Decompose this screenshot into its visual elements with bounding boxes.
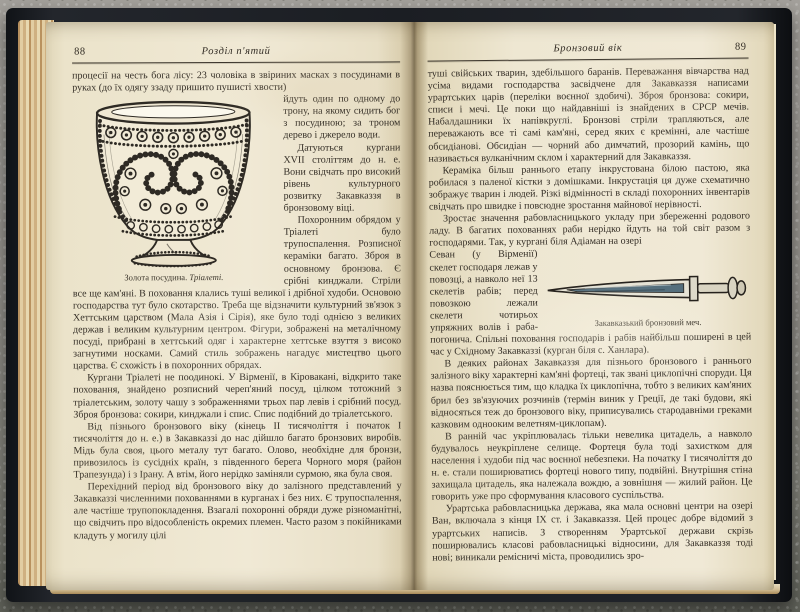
paragraph: Від пізнього бронзового віку (кінець II … [73, 420, 401, 482]
paragraph: В деяких районах Закавказзя для пізнього… [430, 356, 752, 432]
goblet-illustration [73, 97, 274, 270]
goblet-caption-text: Золота посудина. [124, 272, 187, 282]
sword-caption: Закавказький бронзовий меч. [545, 317, 751, 329]
goblet-caption: Золота посудина. Тріалеті. [73, 272, 275, 283]
paragraph: Зростає значення рабовласницького укладу… [429, 211, 750, 250]
page-left: 88 Розділ п'ятий процесії на честь бога … [46, 22, 414, 590]
running-title-left: Розділ п'ятий [72, 45, 400, 57]
page-right: Бронзовий вік 89 туші свійських тварин, … [414, 22, 774, 590]
goblet-caption-title: Тріалеті. [189, 272, 223, 282]
page-header-left: 88 Розділ п'ятий [72, 45, 400, 61]
paragraph: процесії на честь бога лісу: 23 чоловіка… [72, 69, 400, 94]
paragraph: туші свійських тварин, здебільшого баран… [428, 66, 750, 166]
page-number-right: 89 [735, 42, 747, 53]
paragraph: Кераміка більш раннього етапу інкрустова… [429, 162, 750, 213]
sword-figure: Закавказький бронзовий меч. [544, 249, 751, 329]
page-spread: 88 Розділ п'ятий процесії на честь бога … [46, 22, 774, 590]
sword-illustration [544, 262, 750, 316]
open-book: 88 Розділ п'ятий процесії на честь бога … [6, 8, 792, 602]
paragraph: Урартська рабовласницька держава, яка ма… [432, 501, 754, 565]
page-body-left: процесії на честь бога лісу: 23 чоловіка… [72, 69, 402, 542]
paragraph: Перехідний період від бронзового віку до… [74, 481, 402, 543]
paragraph: В ранній час укріплювалась тільки невели… [431, 428, 753, 504]
running-title-right: Бронзовий вік [427, 42, 748, 56]
header-rule-left [72, 61, 400, 63]
page-body-right: туші свійських тварин, здебільшого баран… [428, 66, 754, 565]
paragraph: Кургани Тріалеті не поодинокі. У Вірмені… [73, 372, 401, 422]
page-header-right: Бронзовий вік 89 [427, 42, 748, 60]
goblet-figure: Золота посудина. Тріалеті. [72, 97, 275, 283]
